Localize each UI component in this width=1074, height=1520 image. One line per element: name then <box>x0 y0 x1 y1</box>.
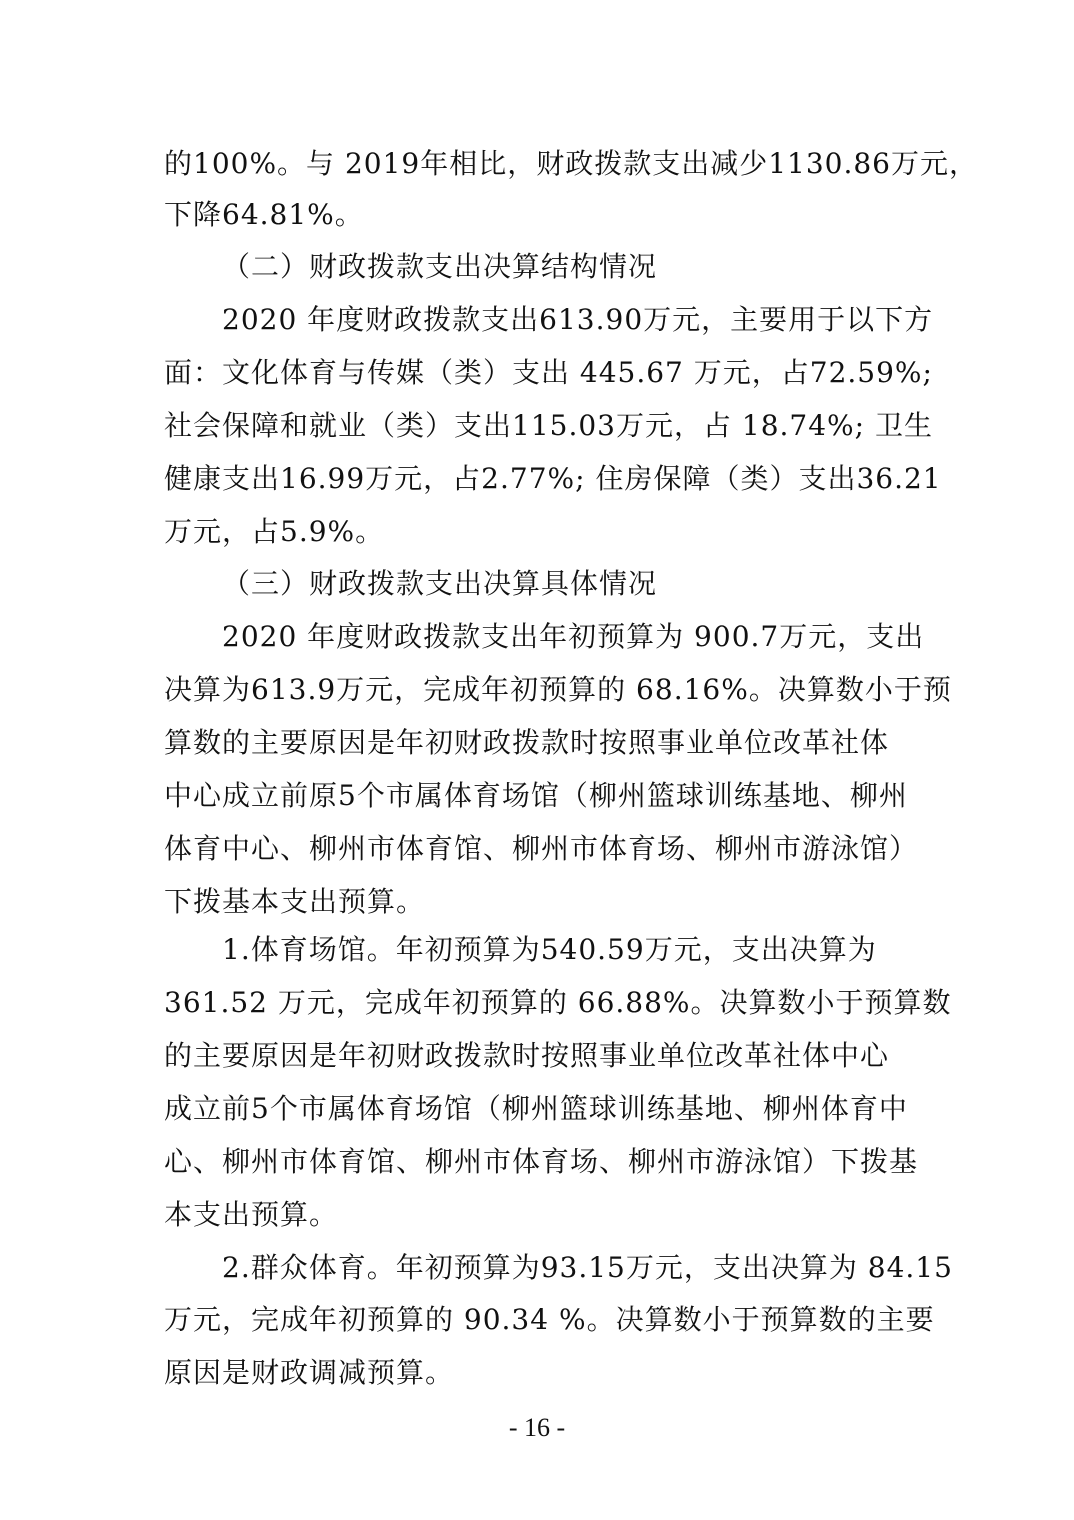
text-line-6: 社会保障和就业（类）支出115.03万元，占 18.74%; 卫生 <box>164 408 933 444</box>
text-line-13: 中心成立前原5个市属体育场馆（柳州篮球训练基地、柳州 <box>164 778 908 814</box>
section-heading-2: （二）财政拨款支出决算结构情况 <box>222 249 657 285</box>
text-line-12: 算数的主要原因是年初财政拨款时按照事业单位改革社体 <box>164 725 889 761</box>
text-line-1: 的100%。与 2019年相比，财政拨款支出减少1130.86万元， <box>164 146 978 182</box>
text-line-23: 万元，完成年初预算的 90.34 %。决算数小于预算数的主要 <box>164 1302 935 1338</box>
text-line-19: 成立前5个市属体育场馆（柳州篮球训练基地、柳州体育中 <box>164 1091 908 1127</box>
page-number: - 16 - <box>0 1410 1074 1446</box>
text-line-10: 2020 年度财政拨款支出年初预算为 900.7万元，支出 <box>222 619 924 655</box>
text-line-14: 体育中心、柳州市体育馆、柳州市体育场、柳州市游泳馆） <box>164 831 918 867</box>
text-line-15: 下拨基本支出预算。 <box>164 884 425 920</box>
text-line-21: 本支出预算。 <box>164 1197 338 1233</box>
text-line-20: 心、柳州市体育馆、柳州市体育场、柳州市游泳馆）下拨基 <box>164 1144 918 1180</box>
document-page: 的100%。与 2019年相比，财政拨款支出减少1130.86万元， 下降64.… <box>0 0 1074 1520</box>
text-line-18: 的主要原因是年初财政拨款时按照事业单位改革社体中心 <box>164 1038 889 1074</box>
text-line-17: 361.52 万元，完成年初预算的 66.88%。决算数小于预算数 <box>164 985 952 1021</box>
text-line-8: 万元，占5.9%。 <box>164 514 384 550</box>
subsection-2-line: 2.群众体育。年初预算为93.15万元，支出决算为 84.15 <box>222 1250 953 1286</box>
text-line-24: 原因是财政调减预算。 <box>164 1355 454 1391</box>
subsection-1-line: 1.体育场馆。年初预算为540.59万元，支出决算为 <box>222 932 877 968</box>
text-line-4: 2020 年度财政拨款支出613.90万元，主要用于以下方 <box>222 302 933 338</box>
section-heading-3: （三）财政拨款支出决算具体情况 <box>222 566 657 602</box>
text-line-7: 健康支出16.99万元，占2.77%; 住房保障（类）支出36.21 <box>164 461 942 497</box>
text-line-11: 决算为613.9万元，完成年初预算的 68.16%。决算数小于预 <box>164 672 952 708</box>
text-line-5: 面：文化体育与传媒（类）支出 445.67 万元，占72.59%; <box>164 355 933 391</box>
text-line-2: 下降64.81%。 <box>164 197 364 233</box>
